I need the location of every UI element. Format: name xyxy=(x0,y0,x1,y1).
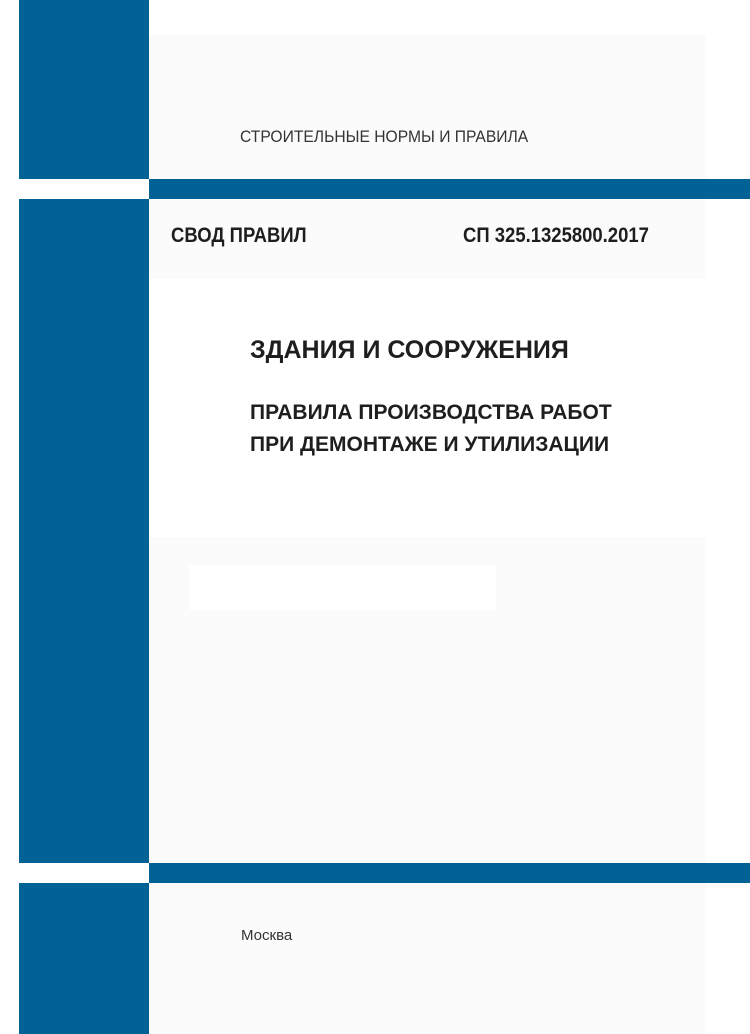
left-bar-top xyxy=(19,0,149,179)
blank-label-box xyxy=(189,565,496,610)
top-horizontal-band xyxy=(149,179,750,199)
subtitle-line-1: ПРАВИЛА ПРОИЗВОДСТВА РАБОТ xyxy=(250,401,612,425)
left-bar-middle xyxy=(19,199,149,863)
document-title: ЗДАНИЯ И СООРУЖЕНИЯ xyxy=(250,336,569,365)
publication-city: Москва xyxy=(241,927,292,944)
doc-type: СВОД ПРАВИЛ xyxy=(171,224,307,248)
series-heading: СТРОИТЕЛЬНЫЕ НОРМЫ И ПРАВИЛА xyxy=(240,127,528,147)
bottom-horizontal-band xyxy=(149,863,750,883)
doc-number: СП 325.1325800.2017 xyxy=(463,224,649,248)
left-bar-bottom xyxy=(19,883,149,1034)
header-panel xyxy=(149,35,706,179)
subtitle-line-2: ПРИ ДЕМОНТАЖЕ И УТИЛИЗАЦИИ xyxy=(250,433,609,457)
footer-panel xyxy=(149,883,706,1034)
